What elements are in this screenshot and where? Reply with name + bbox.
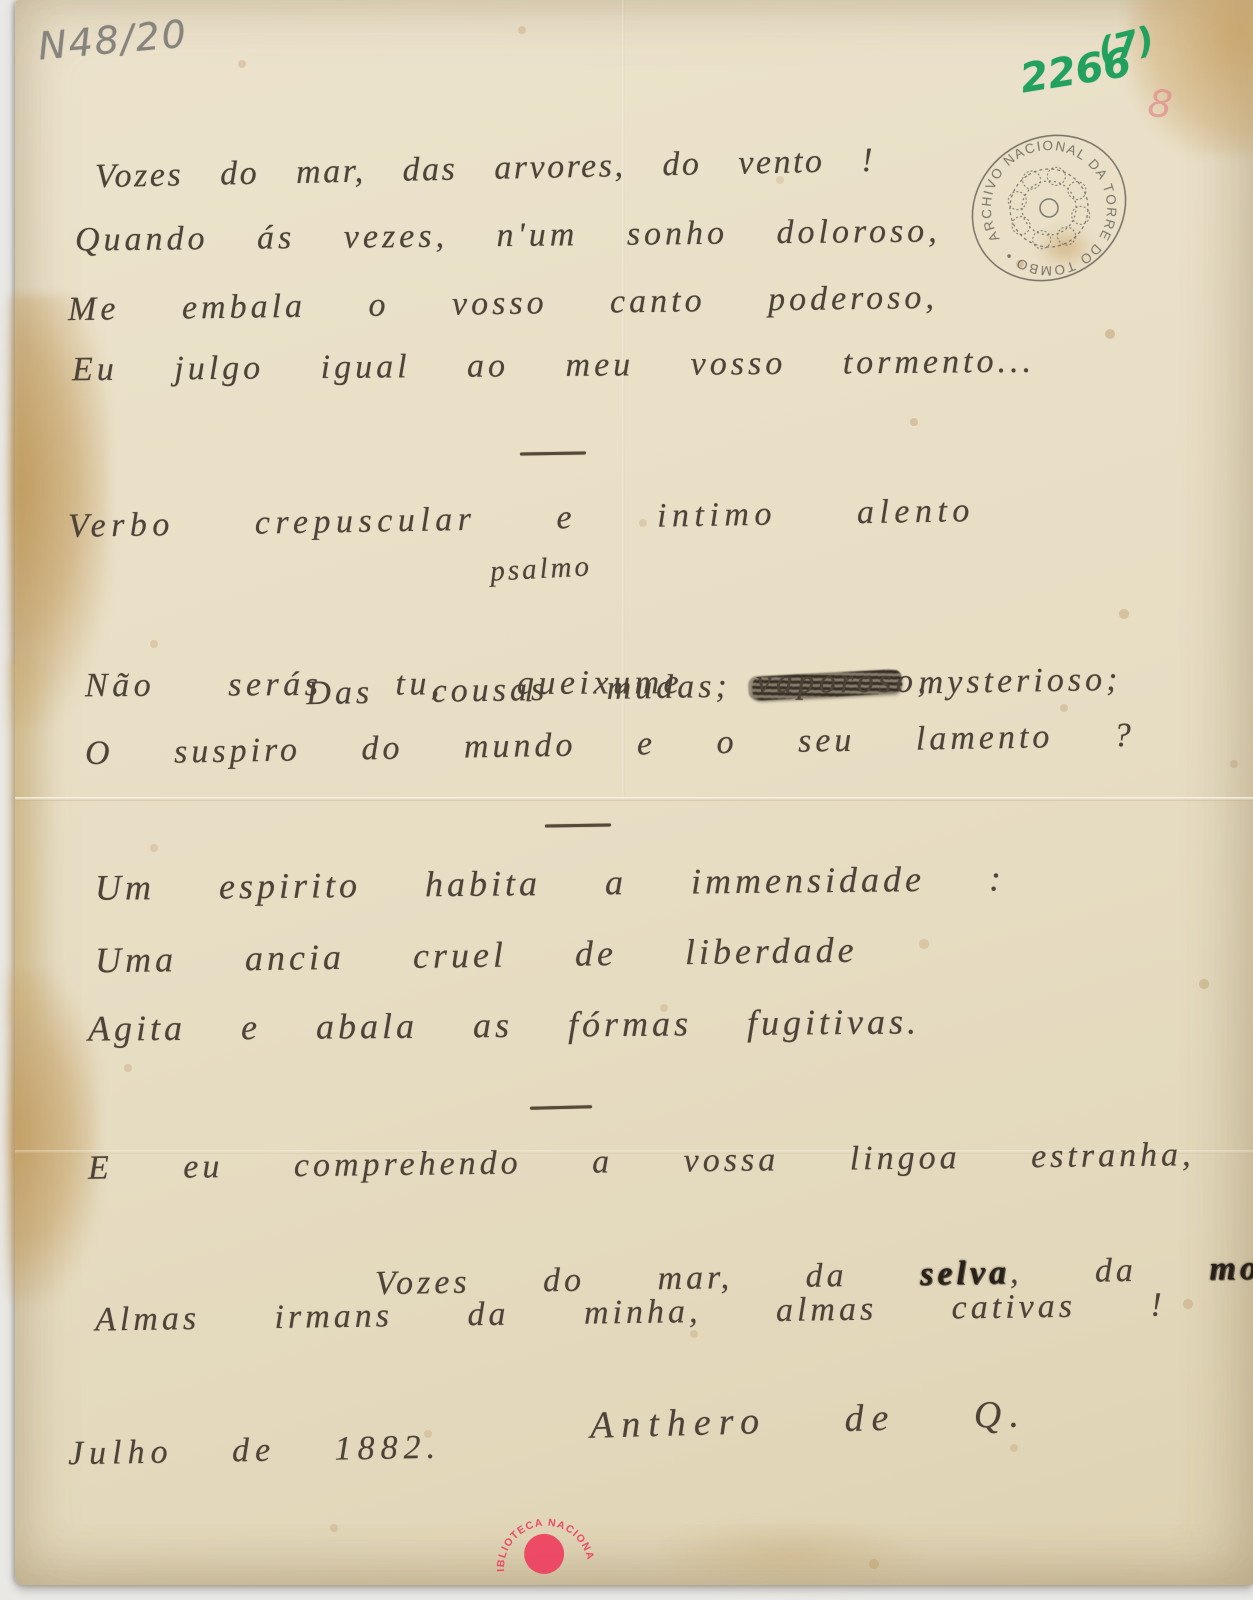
- interlinear-correction: psalmo: [489, 550, 592, 588]
- scan-background: N48/20 2266 (7) 8 ARCHIVO NACIONAL DA TO…: [0, 0, 1253, 1600]
- library-stamp: BIBLIOTECA NACIONAL: [477, 1488, 610, 1600]
- library-stamp-disc: [522, 1531, 567, 1576]
- poem-line-11: Agita e abala as fórmas fugitivas.: [88, 1000, 920, 1049]
- poem-line-7: Não serás tu, queixume vaporoso,: [85, 663, 931, 705]
- poem-line-13-part: , da: [1010, 1251, 1210, 1291]
- manuscript-date: Julho de 1882.: [68, 1429, 442, 1474]
- red-pencil-number: 8: [1146, 81, 1175, 127]
- foxing-spots: [0, 0, 4, 4]
- overwritten-word-montanha: montanha: [1209, 1248, 1253, 1288]
- poem-line-6-after: mysterioso;: [918, 661, 1121, 702]
- overwritten-word-selva: selva: [920, 1254, 1010, 1293]
